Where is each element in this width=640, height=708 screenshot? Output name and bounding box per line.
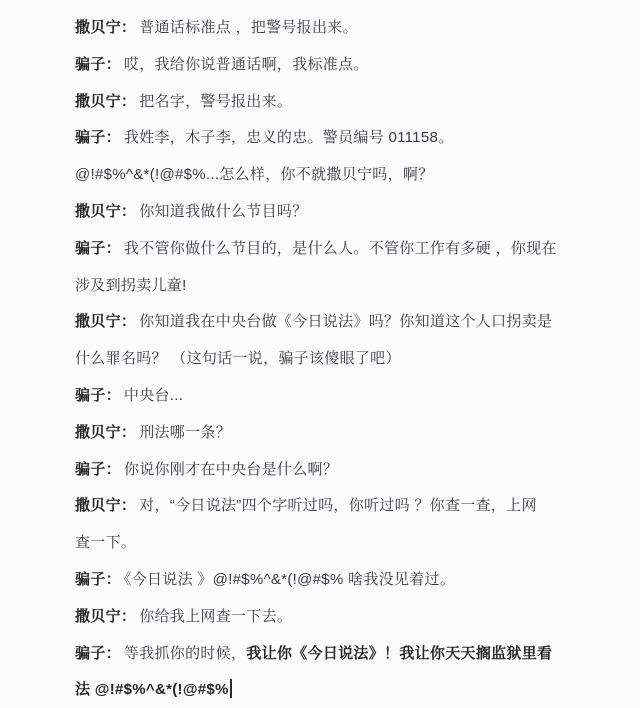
- dialogue-text: 哎，我给你说普通话啊，我标准点。: [124, 56, 369, 73]
- transcript-line: 骗子：我姓李，木子李，忠义的忠。警员编号 011158。: [75, 120, 585, 157]
- speaker-name: 骗子：: [75, 387, 121, 404]
- transcript-line: 骗子：哎，我给你说普通话啊，我标准点。: [75, 47, 585, 84]
- dialogue-text-bold: 法 @!#$%^&*(!@#$%: [75, 681, 229, 698]
- transcript-line-continuation: 涉及到拐卖儿童!: [75, 268, 585, 305]
- transcript-line: 骗子：等我抓你的时候，我让你《今日说法》！我让你天天搁监狱里看: [75, 636, 585, 673]
- transcript-line: 撒贝宁：刑法哪一条？: [75, 415, 585, 452]
- dialogue-text: 《今日说法 》@!#$%^&*(!@#$% 啥我没见着过。: [124, 571, 455, 588]
- speaker-name: 撒贝宁：: [75, 93, 136, 110]
- transcript-line-continuation: 什么罪名吗？ （这句话一说，骗子该傻眼了吧）: [75, 341, 585, 378]
- dialogue-text: 你说你刚才在中央台是什么啊？: [124, 461, 338, 478]
- transcript-line: 撒贝宁：普通话标准点 ，把警号报出来。: [75, 10, 585, 47]
- speaker-name: 骗子：: [75, 129, 121, 146]
- speaker-name: 撒贝宁：: [75, 608, 136, 625]
- transcript-line: 撒贝宁：你知道我在中央台做《今日说法》吗？你知道这个人口拐卖是: [75, 304, 585, 341]
- speaker-name: 撒贝宁：: [75, 19, 136, 36]
- transcript-line: 撒贝宁：你知道我做什么节目吗？: [75, 194, 585, 231]
- dialogue-text: 对，“今日说法”四个字听过吗，你听过吗 ？你查一查，上网: [139, 497, 537, 514]
- dialogue-text: 把名字，警号报出来。: [139, 93, 292, 110]
- dialogue-text: 我姓李，木子李，忠义的忠。警员编号 011158。: [124, 129, 454, 146]
- transcript-line: 撒贝宁：对，“今日说法”四个字听过吗，你听过吗 ？你查一查，上网: [75, 488, 585, 525]
- dialogue-text: 涉及到拐卖儿童!: [75, 277, 187, 294]
- dialogue-text: 查一下。: [75, 534, 136, 551]
- transcript-line: 撒贝宁：把名字，警号报出来。: [75, 84, 585, 121]
- dialogue-text: 你知道我在中央台做《今日说法》吗？你知道这个人口拐卖是: [139, 313, 552, 330]
- transcript-line: 骗子：中央台...: [75, 378, 585, 415]
- dialogue-text: 中央台...: [124, 387, 183, 404]
- dialogue-text: 你知道我做什么节目吗？: [139, 203, 307, 220]
- transcript-line-continuation: @!#$%^&*(!@#$%...怎么样，你不就撒贝宁吗，啊？: [75, 157, 585, 194]
- speaker-name: 撒贝宁：: [75, 424, 136, 441]
- speaker-name: 撒贝宁：: [75, 203, 136, 220]
- dialogue-text: 你给我上网查一下去。: [139, 608, 292, 625]
- dialogue-transcript: 撒贝宁：普通话标准点 ，把警号报出来。 骗子：哎，我给你说普通话啊，我标准点。 …: [0, 0, 640, 708]
- transcript-line: 骗子：我不管你做什么节目的，是什么人。不管你工作有多硬 ，你现在: [75, 231, 585, 268]
- speaker-name: 骗子：: [75, 240, 121, 257]
- dialogue-text: 什么罪名吗？ （这句话一说，骗子该傻眼了吧）: [75, 350, 401, 367]
- transcript-line: 骗子：你说你刚才在中央台是什么啊？: [75, 452, 585, 489]
- transcript-line-continuation: 查一下。: [75, 525, 585, 562]
- speaker-name: 撒贝宁：: [75, 313, 136, 330]
- transcript-line: 撒贝宁：你给我上网查一下去。: [75, 599, 585, 636]
- speaker-name: 骗子：: [75, 571, 121, 588]
- dialogue-text-bold: 我让你《今日说法》！我让你天天搁监狱里看: [246, 645, 552, 662]
- dialogue-text: 等我抓你的时候，: [124, 645, 246, 662]
- transcript-line: 骗子：《今日说法 》@!#$%^&*(!@#$% 啥我没见着过。: [75, 562, 585, 599]
- dialogue-text: 我不管你做什么节目的，是什么人。不管你工作有多硬 ，你现在: [124, 240, 557, 257]
- dialogue-text: @!#$%^&*(!@#$%...怎么样，你不就撒贝宁吗，啊？: [75, 166, 434, 183]
- dialogue-text: 刑法哪一条？: [139, 424, 231, 441]
- transcript-line-continuation: 法 @!#$%^&*(!@#$%: [75, 672, 585, 708]
- dialogue-text: 普通话标准点 ，把警号报出来。: [139, 19, 358, 36]
- speaker-name: 骗子：: [75, 461, 121, 478]
- speaker-name: 撒贝宁：: [75, 497, 136, 514]
- speaker-name: 骗子：: [75, 56, 121, 73]
- speaker-name: 骗子：: [75, 645, 121, 662]
- text-cursor: [230, 679, 232, 698]
